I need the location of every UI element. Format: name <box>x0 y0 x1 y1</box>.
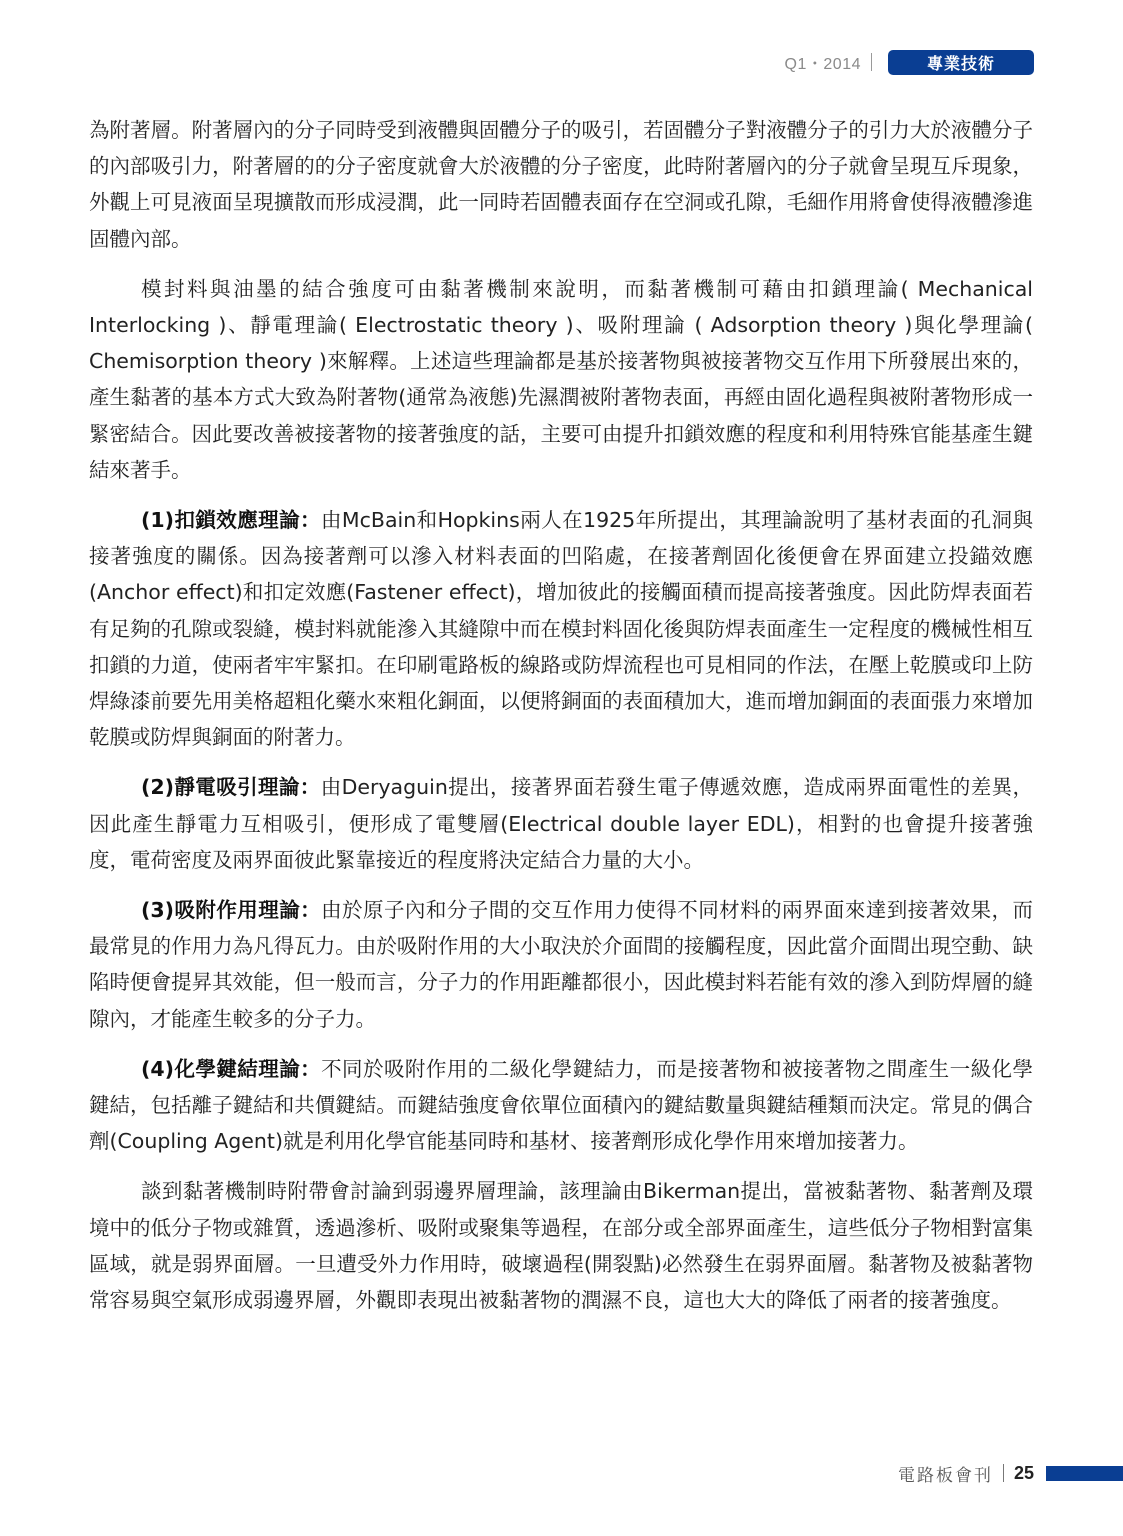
paragraph-text: 為附著層。附著層內的分子同時受到液體與固體分子的吸引，若固體分子對液體分子的引力… <box>89 118 1033 251</box>
paragraph-lead-heading: (2)靜電吸引理論： <box>141 775 321 799</box>
paragraph-adhesion-layer: 為附著層。附著層內的分子同時受到液體與固體分子的吸引，若固體分子對液體分子的引力… <box>89 112 1033 257</box>
paragraph-text: 談到黏著機制時附帶會討論到弱邊界層理論，該理論由Bikerman提出，當被黏著物… <box>89 1179 1033 1312</box>
footer-accent-bar <box>1046 1466 1123 1481</box>
paragraph-text: 模封料與油墨的結合強度可由黏著機制來說明，而黏著機制可藉由扣鎖理論( Mecha… <box>89 277 1033 482</box>
page-number: 25 <box>1014 1463 1034 1484</box>
paragraph-weak-boundary-layer: 談到黏著機制時附帶會討論到弱邊界層理論，該理論由Bikerman提出，當被黏著物… <box>89 1173 1033 1318</box>
article-body: 為附著層。附著層內的分子同時受到液體與固體分子的吸引，若固體分子對液體分子的引力… <box>89 112 1033 1332</box>
page-footer: 電路板會刊 25 <box>898 1462 1123 1484</box>
journal-name: 電路板會刊 <box>898 1461 993 1486</box>
paragraph-text: 由McBain和Hopkins兩人在1925年所提出，其理論說明了基材表面的孔洞… <box>89 508 1033 749</box>
paragraph-lead-heading: (4)化學鍵結理論： <box>141 1057 321 1081</box>
section-badge: 專業技術 <box>888 50 1034 75</box>
issue-label: Q1・2014 <box>785 51 861 74</box>
paragraph-adhesion-mechanism: 模封料與油墨的結合強度可由黏著機制來說明，而黏著機制可藉由扣鎖理論( Mecha… <box>89 271 1033 488</box>
footer-divider <box>1003 1464 1004 1482</box>
paragraph-adsorption-theory: (3)吸附作用理論：由於原子內和分子間的交互作用力使得不同材料的兩界面來達到接著… <box>89 892 1033 1037</box>
paragraph-lead-heading: (3)吸附作用理論： <box>141 898 321 922</box>
header-divider <box>871 53 872 71</box>
paragraph-interlocking-theory: (1)扣鎖效應理論：由McBain和Hopkins兩人在1925年所提出，其理論… <box>89 502 1033 755</box>
page-header: Q1・2014 專業技術 <box>785 49 1034 75</box>
paragraph-lead-heading: (1)扣鎖效應理論： <box>141 508 321 532</box>
paragraph-chemical-bond-theory: (4)化學鍵結理論：不同於吸附作用的二級化學鍵結力，而是接著物和被接著物之間產生… <box>89 1051 1033 1160</box>
paragraph-electrostatic-theory: (2)靜電吸引理論：由Deryaguin提出，接著界面若發生電子傳遞效應，造成兩… <box>89 769 1033 878</box>
